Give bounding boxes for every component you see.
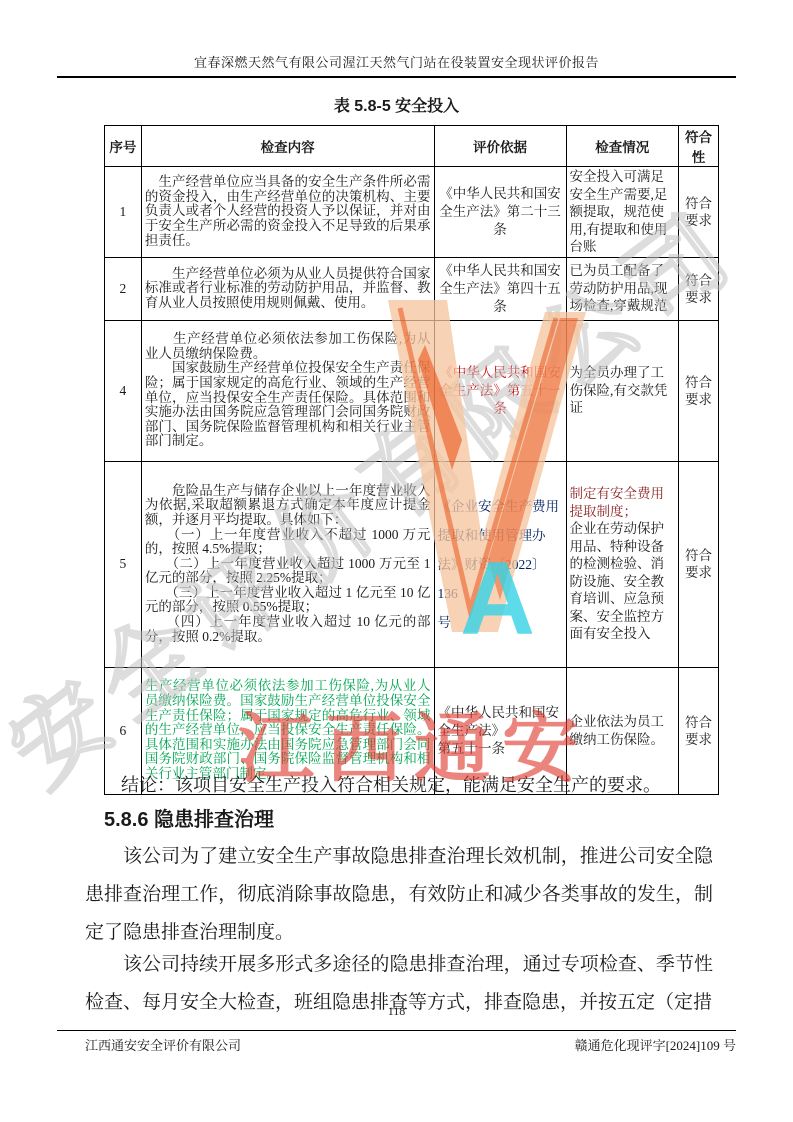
- check-situation: 制定有安全费用提取制度； 企业在劳动保护用品、特种设备的检测检验、消防设施、安全…: [566, 461, 679, 667]
- conformity: 符合 要求: [679, 167, 719, 258]
- row-no: 1: [105, 167, 142, 258]
- table-row: 4 生产经营单位必须依法参加工伤保险,为从业人员缴纳保险费。 国家鼓励生产经营单…: [105, 320, 719, 461]
- check-situation: 已为员工配备了劳动防护用品,现场检查,穿戴规范: [566, 257, 679, 320]
- check-content: 生产经营单位必须为从业人员提供符合国家标准或者行业标准的劳动防护用品，并监督、教…: [141, 257, 434, 320]
- conformity: 符合 要求: [679, 257, 719, 320]
- conformity: 符合 要求: [679, 320, 719, 461]
- footer-doc-number: 赣通危化现评字[2024]109 号: [575, 1035, 736, 1054]
- evaluation-basis: 《企业安全生产费用 提取和使用管理办 法》财资〔2022〕136 号: [434, 461, 566, 667]
- table-row: 1 生产经营单位应当具备的安全生产条件所必需的资金投入，由生产经营单位的决策机构…: [105, 167, 719, 258]
- header-situation: 检查情况: [566, 126, 679, 167]
- evaluation-basis: 《中华人民共和国安 全生产法》第五十一 条: [434, 320, 566, 461]
- evaluation-basis: 《中华人民共和国安 全生产法》第四十五 条: [434, 257, 566, 320]
- header-basis: 评价依据: [434, 126, 566, 167]
- situation-rest: 企业在劳动保护用品、特种设备的检测检验、消防设施、安全教育培训、应急预案、安全监…: [570, 521, 665, 641]
- situation-highlight: 制定有安全费用提取制度；: [570, 486, 665, 519]
- row-no: 2: [105, 257, 142, 320]
- check-content: 生产经营单位应当具备的安全生产条件所必需的资金投入，由生产经营单位的决策机构、主…: [141, 167, 434, 258]
- safety-input-check-table: 序号 检查内容 评价依据 检查情况 符合性 1 生产经营单位应当具备的安全生产条…: [104, 125, 719, 795]
- table-row: 5 危险品生产与储存企业以上一年度营业收入为依据,采取超额累退方式确定本年度应计…: [105, 461, 719, 667]
- header-content: 检查内容: [141, 126, 434, 167]
- check-situation: 为全员办理了工伤保险,有交款凭证: [566, 320, 679, 461]
- table-caption: 表 5.8-5 安全投入: [0, 93, 793, 116]
- section-heading: 5.8.6 隐患排查治理: [104, 803, 274, 832]
- row-no: 4: [105, 320, 142, 461]
- page-header-title: 宜春深燃天然气有限公司渥江天然气门站在役装置安全现状评价报告: [57, 52, 736, 78]
- header-conformity: 符合性: [679, 126, 719, 167]
- check-situation: 安全投入可满足安全生产需要,足额提取，规范使用,有提取和使用台账: [566, 167, 679, 258]
- header-no: 序号: [105, 126, 142, 167]
- table-header-row: 序号 检查内容 评价依据 检查情况 符合性: [105, 126, 719, 167]
- check-content: 生产经营单位必须依法参加工伤保险,为从业人员缴纳保险费。 国家鼓励生产经营单位投…: [141, 320, 434, 461]
- body-paragraph: 该公司为了建立安全生产事故隐患排查治理长效机制，推进公司安全隐患排查治理工作，彻…: [85, 838, 713, 952]
- evaluation-basis: 《中华人民共和国安 全生产法》第二十三 条: [434, 167, 566, 258]
- check-content: 危险品生产与储存企业以上一年度营业收入为依据,采取超额累退方式确定本年度应计提金…: [141, 461, 434, 667]
- row-no: 5: [105, 461, 142, 667]
- page-footer: 江西通安安全评价有限公司 赣通危化现评字[2024]109 号: [57, 1030, 736, 1054]
- report-page: 宜春深燃天然气有限公司渥江天然气门站在役装置安全现状评价报告 表 5.8-5 安…: [0, 0, 793, 1122]
- page-number: 118: [0, 1004, 793, 1019]
- table-row: 2 生产经营单位必须为从业人员提供符合国家标准或者行业标准的劳动防护用品，并监督…: [105, 257, 719, 320]
- table-conclusion: 结论：该项目安全生产投入符合相关规定，能满足安全生产的要求。: [85, 771, 725, 797]
- footer-company: 江西通安安全评价有限公司: [57, 1035, 241, 1054]
- conformity: 符合 要求: [679, 461, 719, 667]
